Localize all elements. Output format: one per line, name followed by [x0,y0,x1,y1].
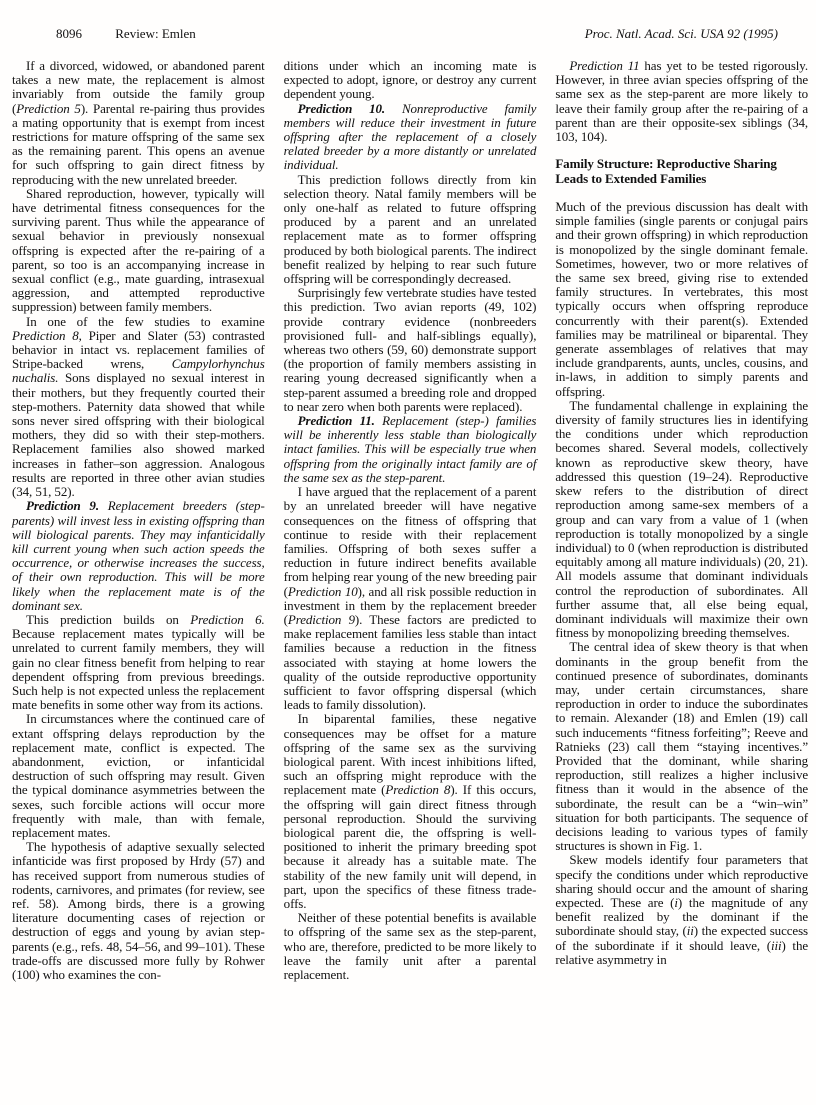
running-title: Review: Emlen [115,26,196,41]
paragraph: Skew models identify four parameters tha… [555,853,808,967]
section-heading: Family Structure: Reproductive Sharing L… [555,157,808,186]
column-3: Prediction 11 has yet to be tested rigor… [555,59,808,982]
paragraph: The central idea of skew theory is that … [555,640,808,853]
paragraph: Prediction 9. Replacement breeders (step… [12,499,265,613]
paper-page: 8096 Review: Emlen Proc. Natl. Acad. Sci… [0,0,816,1105]
paragraph: In biparental families, these negative c… [284,712,537,911]
paragraph: Shared reproduction, however, typically … [12,187,265,315]
paragraph: Prediction 11. Replacement (step-) famil… [284,414,537,485]
header-right: Proc. Natl. Acad. Sci. USA 92 (1995) [585,26,778,42]
paragraph: Neither of these potential benefits is a… [284,911,537,982]
article-body: If a divorced, widowed, or abandoned par… [12,59,808,982]
paragraph: ditions under which an incoming mate is … [284,59,537,102]
paragraph: This prediction follows directly from ki… [284,173,537,287]
paragraph: Surprisingly few vertebrate studies have… [284,286,537,414]
page-header: 8096 Review: Emlen Proc. Natl. Acad. Sci… [12,26,808,42]
paragraph: This prediction builds on Prediction 6. … [12,613,265,712]
paragraph: The fundamental challenge in explaining … [555,399,808,640]
paragraph: In one of the few studies to examine Pre… [12,315,265,500]
column-1: If a divorced, widowed, or abandoned par… [12,59,265,982]
paragraph: If a divorced, widowed, or abandoned par… [12,59,265,187]
paragraph: Prediction 11 has yet to be tested rigor… [555,59,808,144]
header-left: 8096 Review: Emlen [56,26,196,42]
paragraph: Much of the previous discussion has deal… [555,200,808,399]
column-2: ditions under which an incoming mate is … [284,59,537,982]
paragraph: Prediction 10. Nonreproductive family me… [284,102,537,173]
paragraph: In circumstances where the continued car… [12,712,265,840]
paragraph: I have argued that the replacement of a … [284,485,537,712]
paragraph: The hypothesis of adaptive sexually sele… [12,840,265,982]
journal-citation: Proc. Natl. Acad. Sci. USA 92 (1995) [585,26,778,41]
page-number: 8096 [56,26,82,41]
